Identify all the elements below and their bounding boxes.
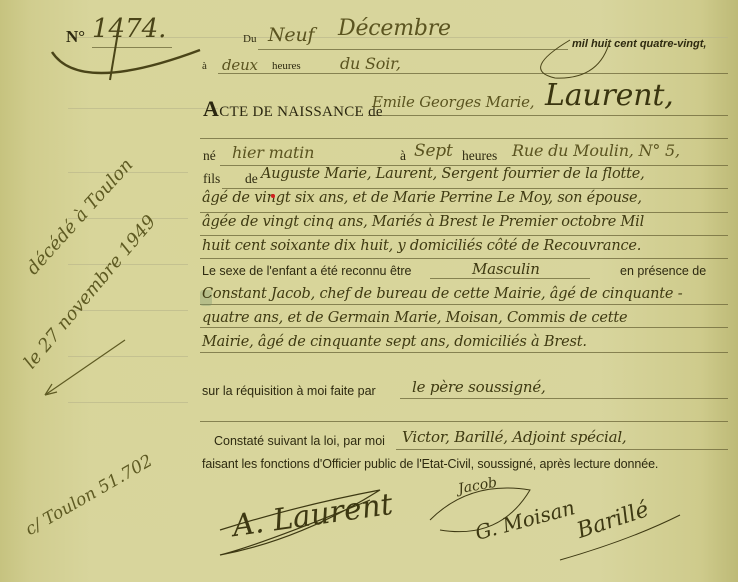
de-label: de — [245, 171, 258, 187]
requisition-value: le père soussigné, — [412, 378, 546, 396]
ruled-line — [222, 188, 728, 189]
ruled-line — [400, 398, 728, 399]
ruled-line — [430, 278, 590, 279]
title-rest: CTE DE NAISSANCE — [219, 104, 364, 120]
marriage-line: huit cent soixante dix huit, y domicilié… — [202, 238, 641, 254]
red-mark — [271, 194, 275, 198]
mother-age-line: âgée de vingt cinq ans, Mariés à Brest l… — [202, 214, 644, 230]
margin-arrow-line — [45, 340, 125, 395]
time-prefix: à — [202, 60, 207, 72]
sex-label: Le sexe de l'enfant a été reconnu être — [202, 264, 411, 278]
date-prefix: Du — [243, 33, 256, 45]
sex-value: Masculin — [472, 260, 540, 278]
ruled-line — [68, 402, 188, 403]
ruled-line — [68, 356, 188, 357]
born-label: né — [203, 148, 216, 164]
officer-value: Victor, Barillé, Adjoint spécial, — [402, 428, 626, 446]
child-surname: Laurent, — [545, 78, 674, 113]
date-day: Neuf — [268, 24, 314, 46]
ruled-line — [218, 73, 728, 74]
hours-label: heures — [462, 148, 497, 164]
signature-witness-1: Jacob — [457, 475, 498, 498]
born-at-label: à — [400, 148, 406, 164]
birth-address: Rue du Moulin, N° 5, — [512, 141, 680, 160]
requisition-label: sur la réquisition à moi faite par — [202, 384, 376, 398]
signature-father: A. Laurent — [230, 487, 395, 544]
ruled-line — [200, 352, 728, 353]
witness-line-2: quatre ans, et de Germain Marie, Moisan,… — [202, 310, 627, 326]
ruled-line — [200, 421, 728, 422]
witness-line-1: Constant Jacob, chef de bureau de cette … — [202, 286, 682, 302]
title-cap-letter: A — [203, 96, 219, 121]
record-number-underline — [92, 47, 172, 48]
son-label: fils — [203, 171, 220, 187]
child-given-names: Emile Georges Marie, — [372, 93, 534, 111]
time-of-day: du Soir, — [340, 54, 401, 73]
ruled-line — [200, 258, 728, 259]
date-year-printed: mil huit cent quatre-vingt, — [572, 38, 706, 50]
ruled-line — [396, 449, 728, 450]
ruled-line — [68, 264, 188, 265]
margin-reference-note: c/ Toulon 51.702 — [22, 451, 156, 540]
ruled-line — [68, 108, 218, 109]
presence-label: en présence de — [620, 264, 706, 278]
born-when: hier matin — [232, 143, 314, 162]
ruled-line — [200, 304, 728, 305]
ruled-line — [200, 235, 728, 236]
document-title: ACTE DE NAISSANCE de — [203, 96, 383, 122]
signature-officer: Barillé — [574, 497, 652, 544]
record-number-value: 1474. — [92, 14, 166, 44]
time-hour-label: heures — [272, 60, 301, 72]
born-hour: Sept — [414, 141, 453, 161]
record-number-label: N° — [66, 27, 85, 47]
number-flourish — [52, 50, 200, 73]
margin-death-note-line2: le 27 novembre 1949 — [20, 211, 160, 373]
father-line: Auguste Marie, Laurent, Sergent fourrier… — [261, 166, 645, 182]
time-hour: deux — [222, 56, 258, 74]
ruled-line — [258, 49, 568, 50]
witness-line-3: Mairie, âgé de cinquante sept ans, domic… — [202, 334, 587, 350]
ruled-line — [368, 115, 728, 116]
margin-arrowhead — [45, 384, 57, 395]
ruled-line — [200, 327, 728, 328]
ruled-line — [200, 138, 728, 139]
date-month: Décembre — [338, 16, 451, 41]
father-age-line: âgé de vingt six ans, et de Marie Perrin… — [202, 190, 642, 206]
constate-label: Constaté suivant la loi, par moi — [214, 434, 385, 448]
signature-witness-2: G. Moisan — [473, 495, 578, 545]
ruled-line — [200, 212, 728, 213]
closing-line: faisant les fonctions d'Officier public … — [202, 457, 658, 471]
